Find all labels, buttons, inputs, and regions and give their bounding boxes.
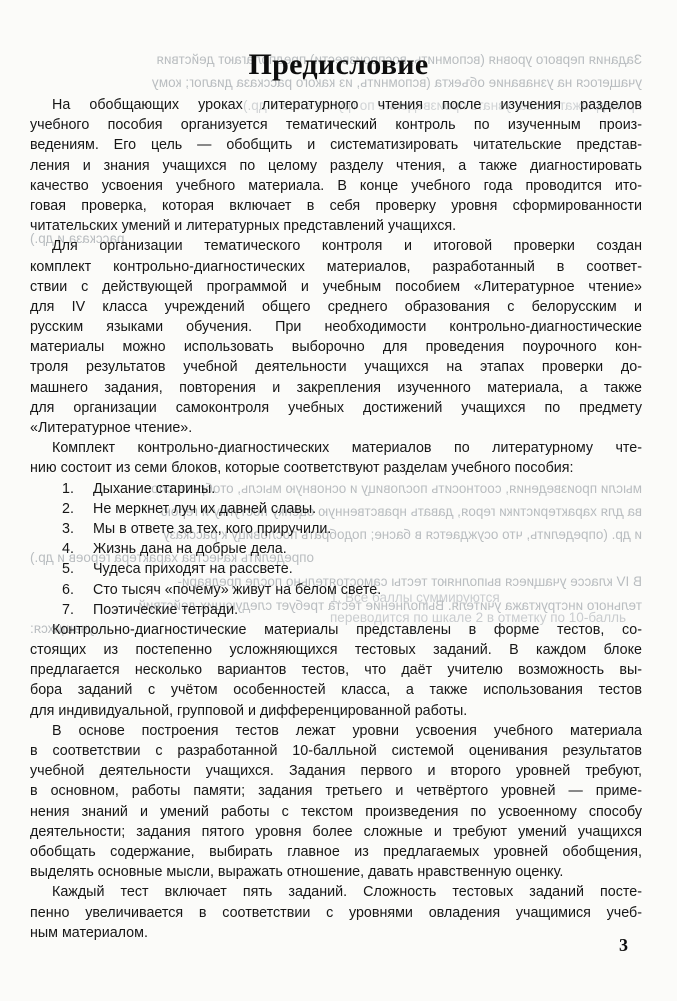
text-line: Контрольно-диагностические материалы пре…	[30, 620, 642, 640]
list-item-number: 3.	[62, 519, 93, 539]
list-item: 2.Не меркнет луч их давней славы.	[30, 499, 642, 519]
page-title: Предисловие	[0, 48, 677, 82]
list-item: 6.Сто тысяч «почему» живут на белом свет…	[30, 580, 642, 600]
text-line: в соответствии с разработанной 10-балльн…	[30, 741, 642, 761]
text-line: для IV класса учреждений общего среднего…	[30, 297, 642, 317]
book-page: Задания первого уровня (вспомнить, воспр…	[0, 0, 677, 1001]
list-item-number: 7.	[62, 600, 93, 620]
text-line: ведениям. Его цель — обобщить и системат…	[30, 135, 642, 155]
text-line: «Литературное чтение».	[30, 418, 642, 438]
text-line: бора заданий с учётом особенностей класс…	[30, 680, 642, 700]
text-line: ствии с действующей программой и учебным…	[30, 277, 642, 297]
text-line: деятельности; задания пятого уровня боле…	[30, 822, 642, 842]
list-item-number: 6.	[62, 580, 93, 600]
page-number: 3	[30, 935, 628, 956]
text-line: для индивидуальной, групповой и дифферен…	[30, 701, 642, 721]
list-item: 3.Мы в ответе за тех, кого приручили.	[30, 519, 642, 539]
text-line: предлагается несколько вариантов тестов,…	[30, 660, 642, 680]
text-line: машнего задания, повторения и закреплени…	[30, 378, 642, 398]
list-item: 4.Жизнь дана на добрые дела.	[30, 539, 642, 559]
list-item: 7.Поэтические тетради.	[30, 600, 642, 620]
text-line: троля результатов учебной деятельности у…	[30, 357, 642, 377]
text-line: говая проверка, которая включает в себя …	[30, 196, 642, 216]
text-line: ления и знания учащихся по целому раздел…	[30, 156, 642, 176]
text-line: Каждый тест включает пять заданий. Сложн…	[30, 882, 642, 902]
list-item-text: Жизнь дана на добрые дела.	[93, 541, 287, 557]
list-item-text: Поэтические тетради.	[93, 602, 238, 618]
text-line: качество усвоения учебного материала. В …	[30, 176, 642, 196]
text-line: обобщать содержание, выбирать главное из…	[30, 842, 642, 862]
text-line: На обобщающих уроках литературного чтени…	[30, 95, 642, 115]
list-item-number: 5.	[62, 559, 93, 579]
list-item: 1.Дыхание старины.	[30, 479, 642, 499]
text-line: нения знаний и умений работы с текстом п…	[30, 802, 642, 822]
list-item: 5.Чудеса приходят на рассвете.	[30, 559, 642, 579]
text-line: стоящих из постепенно усложняющихся тест…	[30, 640, 642, 660]
text-line: для организации самоконтроля учебных дос…	[30, 398, 642, 418]
text-line: В основе построения тестов лежат уровни …	[30, 721, 642, 741]
text-line: пенно увеличивается в соответствии с уро…	[30, 903, 642, 923]
list-item-text: Мы в ответе за тех, кого приручили.	[93, 521, 331, 537]
list-item-text: Сто тысяч «почему» живут на белом свете.	[93, 582, 381, 598]
list-item-number: 4.	[62, 539, 93, 559]
text-line: выделять основные мысли, выражать отноше…	[30, 862, 642, 882]
text-line: Для организации тематического контроля и…	[30, 236, 642, 256]
body-text: На обобщающих уроках литературного чтени…	[30, 95, 642, 943]
text-line: читательских умений и литературных предс…	[30, 216, 642, 236]
list-item-text: Не меркнет луч их давней славы.	[93, 501, 316, 517]
text-line: в основном, работы памяти; задания треть…	[30, 781, 642, 801]
text-line: материалы можно использовать выборочно д…	[30, 337, 642, 357]
list-item-number: 1.	[62, 479, 93, 499]
text-line: нию состоит из семи блоков, которые соот…	[30, 458, 642, 478]
text-line: учебной деятельности учащихся. Задания п…	[30, 761, 642, 781]
text-line: учебного пособия организуется тематическ…	[30, 115, 642, 135]
text-line: Комплект контрольно-диагностических мате…	[30, 438, 642, 458]
text-line: русским языками обучения. При необходимо…	[30, 317, 642, 337]
text-line: комплект контрольно-диагностических мате…	[30, 257, 642, 277]
list-item-text: Дыхание старины.	[93, 481, 215, 497]
list-item-text: Чудеса приходят на рассвете.	[93, 561, 293, 577]
list-item-number: 2.	[62, 499, 93, 519]
